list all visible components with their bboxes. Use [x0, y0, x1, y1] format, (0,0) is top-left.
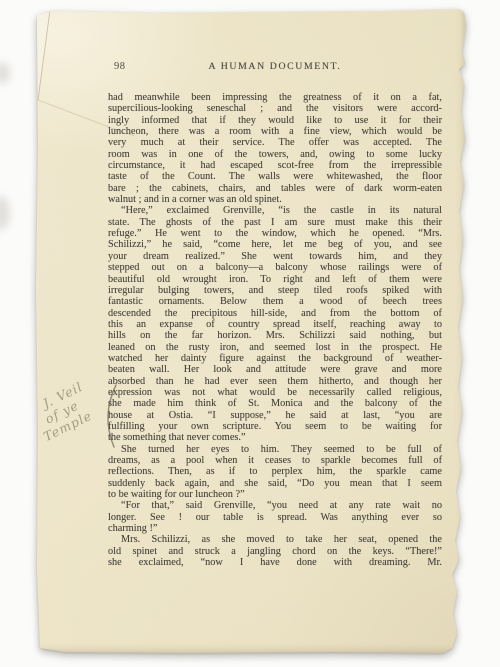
text-line: “Here,” exclaimed Grenville, “is the cas…	[108, 205, 442, 216]
text-line: state. The ghosts of the past I am sure …	[108, 217, 442, 228]
page-shadow-wrap: 98 A HUMAN DOCUMENT. had meanwhile been …	[35, 9, 466, 653]
text-line: supercilious-looking seneschal ; and the…	[108, 103, 442, 114]
text-block: had meanwhile been impressing the greatn…	[108, 92, 442, 568]
text-line: luncheon, there was a room with a fine v…	[108, 126, 442, 137]
text-line: fulfilling your own scripture. You seem …	[108, 421, 442, 432]
text-line: the something that never comes.”	[108, 432, 442, 443]
text-line: descended the precipitous hill-side, and…	[108, 308, 442, 319]
text-line: walnut ; and in a corner was an old spin…	[108, 194, 442, 205]
text-line: old spinet and struck a jangling chord o…	[108, 546, 442, 557]
book-page: 98 A HUMAN DOCUMENT. had meanwhile been …	[35, 9, 466, 653]
text-line: Schilizzi,” he said, “come here, let me …	[108, 239, 442, 250]
text-line: expression was not what would be necessa…	[108, 387, 442, 398]
text-line: watched her dainty figure against the ba…	[108, 353, 442, 364]
page-header: 98 A HUMAN DOCUMENT.	[108, 61, 442, 74]
text-line: “For that,” said Grenville, “you need at…	[108, 500, 442, 511]
text-line: very much at their service. The offer wa…	[108, 137, 442, 148]
text-line: beaten wall. Her look and attitude were …	[108, 364, 442, 375]
text-line: dreams, as a pool when it ceases to spar…	[108, 455, 442, 466]
background-smudge	[0, 196, 10, 230]
fold-crease-mark	[38, 10, 50, 100]
text-line: ingly informed that if they would like t…	[108, 115, 442, 126]
text-line: leaned on the rusty iron, and seemed los…	[108, 342, 442, 353]
text-line: your dream realized.” She went towards h…	[108, 251, 442, 262]
background-smudge	[0, 62, 10, 84]
scanned-book-page-photo: 98 A HUMAN DOCUMENT. had meanwhile been …	[0, 0, 500, 667]
text-line: beautiful old wrought iron. To right and…	[108, 274, 442, 285]
text-line: to be waiting for our luncheon ?”	[108, 489, 442, 500]
text-line: she exclaimed, “now I have done with dre…	[108, 557, 442, 568]
text-line: suddenly back again, and she said, “Do y…	[108, 478, 442, 489]
text-line: room was in one of the towers, and, owin…	[108, 149, 442, 160]
text-line: fantastic ornaments. Below them a wood o…	[108, 296, 442, 307]
page-number: 98	[114, 61, 126, 72]
text-line: house at Ostia. “I suppose,” he said at …	[108, 410, 442, 421]
text-line: circumstance, it had escaped scot-free f…	[108, 160, 442, 171]
text-line: taste of the Count. The walls were white…	[108, 171, 442, 182]
folded-corner-highlight	[35, 12, 50, 100]
text-line: hills on the far horizon. Mrs. Schilizzi…	[108, 330, 442, 341]
text-line: reflections. Then, as if to perplex him,…	[108, 466, 442, 477]
text-line: irregular bulging towers, and steep tile…	[108, 285, 442, 296]
text-line: longer. See ! our table is spread. Was a…	[108, 512, 442, 523]
text-line: charming !”	[108, 523, 442, 534]
text-line: absorbed than he had ever seen them hith…	[108, 376, 442, 387]
text-line: She turned her eyes to him. They seemed …	[108, 444, 442, 455]
text-line: she made him think of St. Monica and the…	[108, 398, 442, 409]
text-line: bare ; the cabinets, chairs, and tables …	[108, 183, 442, 194]
text-line: Mrs. Schilizzi, as she moved to take her…	[108, 534, 442, 545]
text-line: this an expanse of country spread itself…	[108, 319, 442, 330]
text-line: stepped out on a balcony—a balcony whose…	[108, 262, 442, 273]
running-header: A HUMAN DOCUMENT.	[108, 61, 442, 72]
text-line: refuge.” He went to the window, which he…	[108, 228, 442, 239]
text-line: had meanwhile been impressing the greatn…	[108, 92, 442, 103]
